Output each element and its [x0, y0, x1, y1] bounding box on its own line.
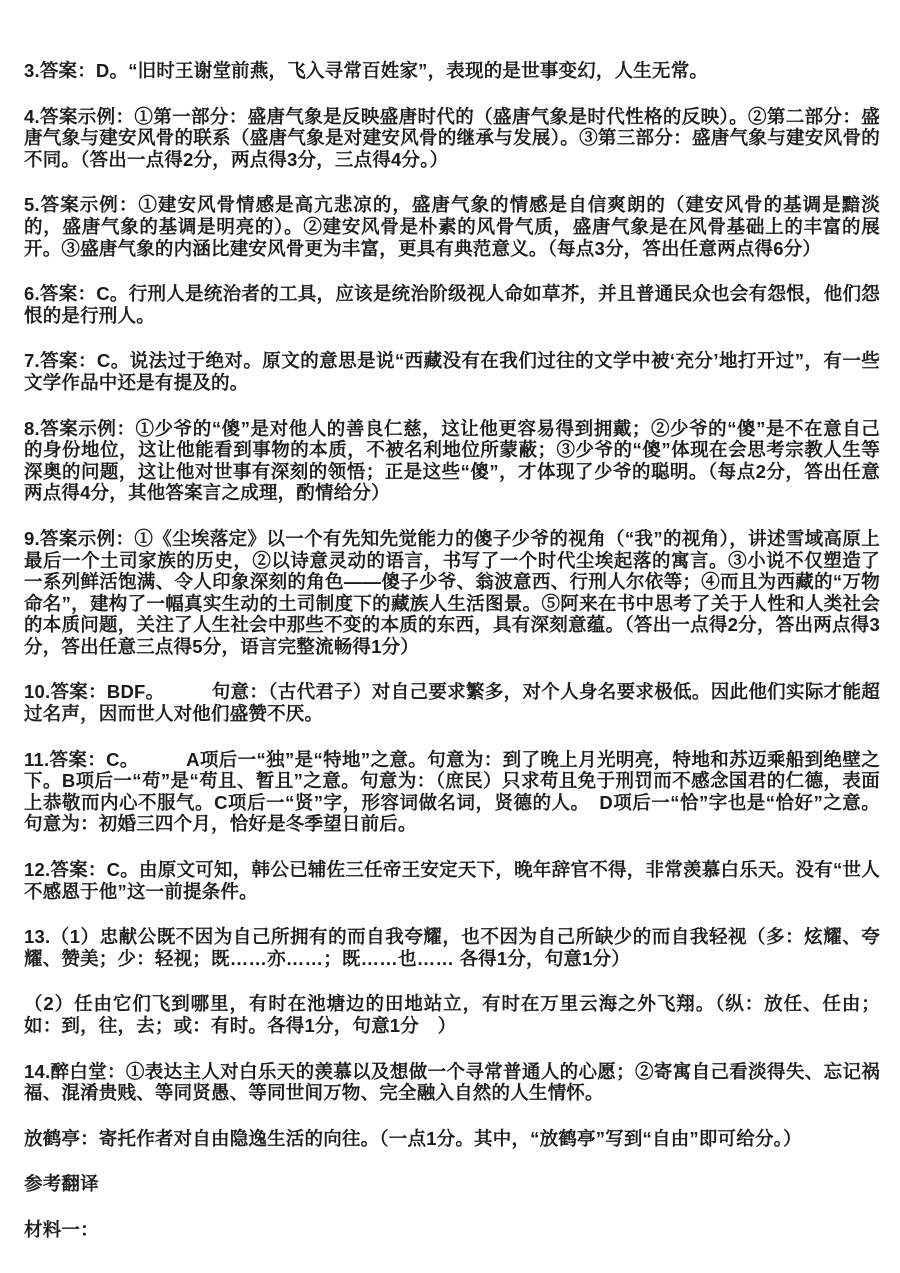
document-page: 3.答案：D。“旧时王谢堂前燕，飞入寻常百姓家”，表现的是世事变幻，人生无常。 …	[0, 0, 900, 1273]
answer-paragraph-13-part2: （2）任由它们飞到哪里，有时在池塘边的田地站立，有时在万里云海之外飞翔。（纵：放…	[24, 993, 880, 1036]
answer-paragraph-3: 3.答案：D。“旧时王谢堂前燕，飞入寻常百姓家”，表现的是世事变幻，人生无常。	[24, 60, 880, 82]
answer-paragraph-11: 11.答案：C。 A项后一“独”是“特地”之意。句意为：到了晚上月光明亮，特地和…	[24, 749, 880, 835]
answer-paragraph-7: 7.答案：C。说法过于绝对。原文的意思是说“西藏没有在我们过往的文学中被‘充分’…	[24, 350, 880, 393]
answer-paragraph-10: 10.答案：BDF。 句意：（古代君子）对自己要求繁多，对个人身名要求极低。因此…	[24, 681, 880, 724]
answer-paragraph-8: 8.答案示例：①少爷的“傻”是对他人的善良仁慈，这让他更容易得到拥戴；②少爷的“…	[24, 418, 880, 504]
material-one-label: 材料一：	[24, 1219, 880, 1241]
answer-paragraph-5: 5.答案示例：①建安风骨情感是高亢悲凉的，盛唐气象的情感是自信爽朗的（建安风骨的…	[24, 194, 880, 259]
answer-paragraph-9: 9.答案示例：①《尘埃落定》以一个有先知先觉能力的傻子少爷的视角（“我”的视角）…	[24, 528, 880, 658]
answer-paragraph-6: 6.答案：C。行刑人是统治者的工具，应该是统治阶级视人命如草芥，并且普通民众也会…	[24, 283, 880, 326]
answer-paragraph-14-fangheting: 放鹤亭：寄托作者对自由隐逸生活的向往。（一点1分。其中，“放鹤亭”写到“自由”即…	[24, 1128, 880, 1150]
answer-paragraph-12: 12.答案：C。由原文可知，韩公已辅佐三任帝王安定天下，晚年辞官不得，非常羡慕白…	[24, 859, 880, 902]
reference-translation-heading: 参考翻译	[24, 1173, 880, 1195]
answer-paragraph-14-zuibaitang: 14.醉白堂：①表达主人对白乐天的羡慕以及想做一个寻常普通人的心愿；②寄寓自己看…	[24, 1061, 880, 1104]
answer-paragraph-13-part1: 13.（1）忠献公既不因为自己所拥有的而自我夸耀，也不因为自己所缺少的而自我轻视…	[24, 926, 880, 969]
answer-paragraph-4: 4.答案示例：①第一部分：盛唐气象是反映盛唐时代的（盛唐气象是时代性格的反映）。…	[24, 106, 880, 171]
